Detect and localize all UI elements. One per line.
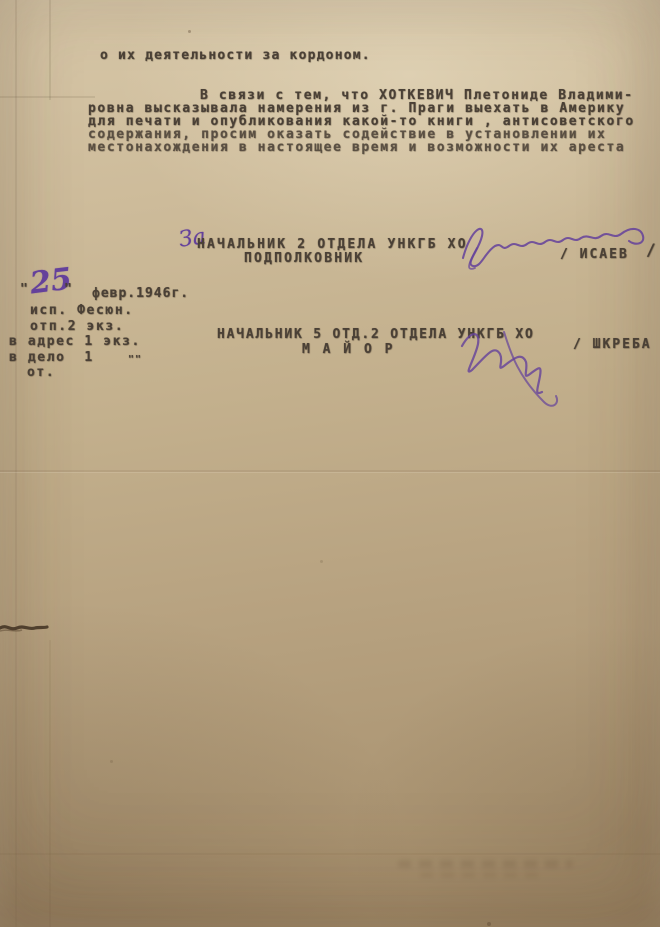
- horizontal-fold-bottom: [0, 853, 660, 855]
- signature1-autograph: [455, 218, 655, 273]
- margin-quote-open: ": [20, 283, 29, 296]
- signature1-title: НАЧАЛЬНИК 2 ОТДЕЛА УНКГБ ХО: [197, 238, 468, 251]
- intro-line: о их деятельности за кордоном.: [100, 49, 371, 62]
- paper-speck: [487, 922, 491, 926]
- margin-address: в адрес 1 экз.: [9, 335, 141, 348]
- paper-speck: [320, 560, 323, 563]
- signature1-rank: ПОДПОЛКОВНИК: [244, 252, 364, 265]
- vertical-fold-left: [15, 0, 17, 927]
- signature2-autograph: [448, 326, 593, 406]
- margin-file: в дело 1: [9, 351, 94, 364]
- horizontal-fold-middle: [0, 470, 660, 472]
- margin-quote-close: ": [64, 283, 73, 296]
- signature2-name: / ШКРЕБА: [573, 338, 652, 351]
- vertical-fold-bottom: [49, 640, 51, 927]
- vertical-fold-top: [49, 0, 51, 100]
- margin-ditto-marks: "": [128, 353, 142, 366]
- bleed-through-smudge: [420, 872, 540, 878]
- horizontal-fold-top: [0, 96, 95, 98]
- margin-from: от.: [27, 366, 55, 379]
- margin-executor: исп. Фесюн.: [30, 304, 134, 317]
- signature1-name: / ИСАЕВ: [560, 248, 629, 261]
- signature2-rank: М А Й О Р: [302, 343, 395, 356]
- paper-tear: [0, 618, 48, 640]
- bleed-through-smudge: [398, 860, 573, 868]
- margin-date: февр.1946г.: [92, 287, 189, 300]
- document-page: о их деятельности за кордоном. В связи с…: [0, 0, 660, 927]
- margin-copies: отп.2 экз.: [30, 320, 124, 333]
- paper-speck: [188, 30, 191, 33]
- paper-speck: [110, 760, 113, 763]
- signature1-trailing-slash: /: [646, 243, 657, 256]
- paragraph-line-5: местонахождения в настоящее время и возм…: [88, 141, 625, 154]
